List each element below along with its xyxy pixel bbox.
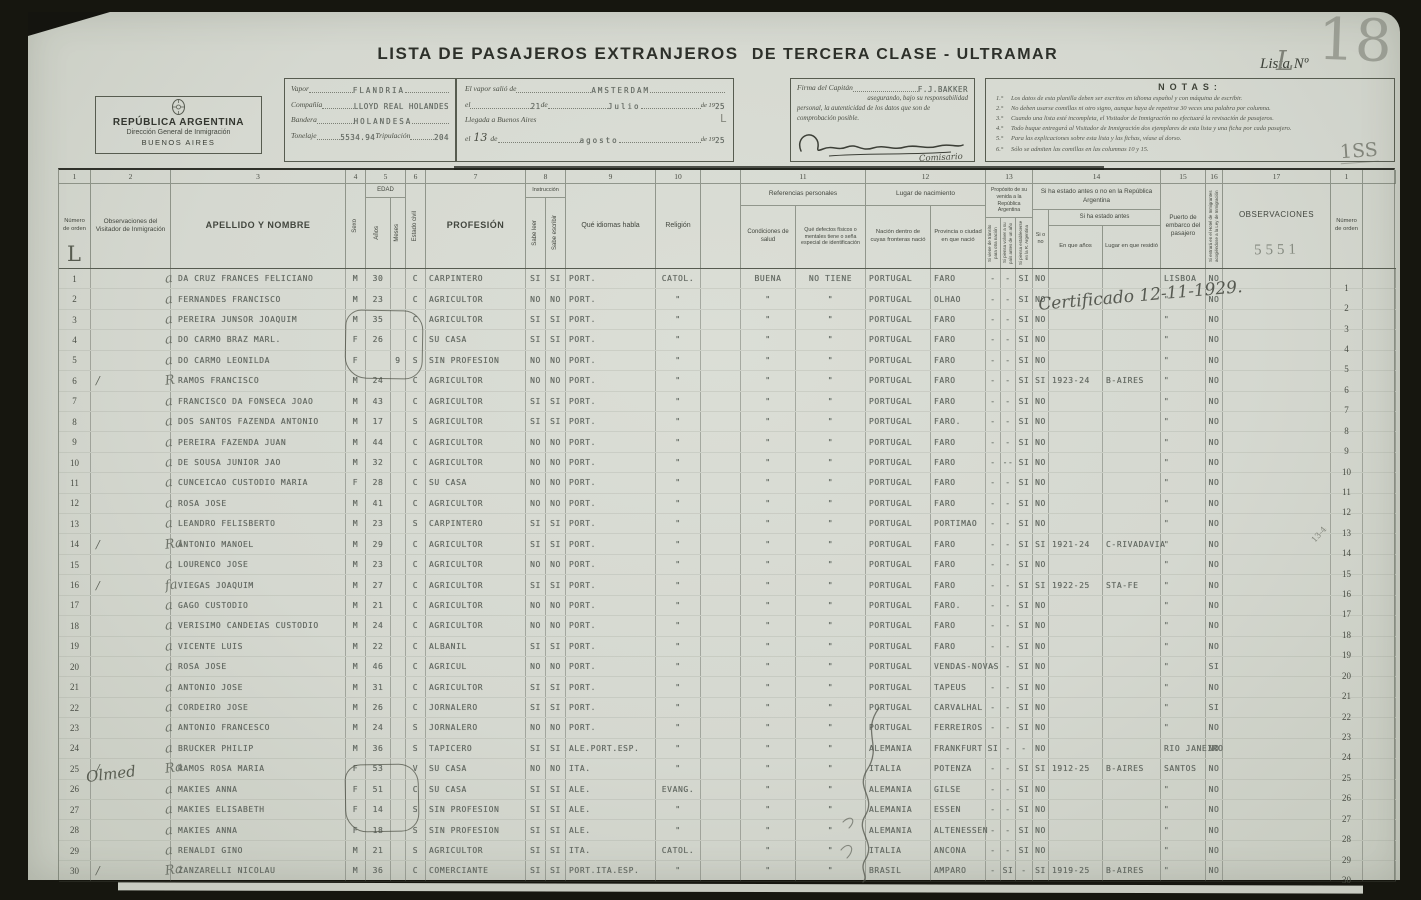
cell-value: 5 xyxy=(72,355,77,365)
handwritten-list-number: 18 xyxy=(1317,5,1393,76)
cell-value: 23 xyxy=(373,519,384,528)
stamped-number: 5551 xyxy=(1223,241,1331,260)
cell-value: NO xyxy=(550,723,561,732)
cell-pv: AMPARO xyxy=(931,861,986,880)
cell-an: 32 xyxy=(366,453,391,472)
column-number xyxy=(1363,170,1396,183)
cell-id: ALE. xyxy=(566,820,656,839)
cell-n: 12 xyxy=(59,494,91,513)
cell-value: - xyxy=(1005,785,1010,794)
cell-ob xyxy=(1223,677,1331,696)
cell-p3: SI xyxy=(1016,432,1033,451)
cell-an: 27 xyxy=(366,575,391,594)
cell-vm xyxy=(91,289,171,308)
cell-value: 19 xyxy=(70,641,79,651)
cell-ob xyxy=(1223,657,1331,676)
cell-vm: / xyxy=(91,534,171,553)
cell-value: S xyxy=(413,826,418,835)
cell-me xyxy=(391,289,406,308)
cell-id: PORT. xyxy=(566,494,656,513)
column-number: 9 xyxy=(566,170,656,183)
cell-value: SI xyxy=(550,417,561,426)
cell-value: SI xyxy=(530,417,541,426)
table-row: 28aMAKIES ANNAF18SSIN PROFESIONSISIALE."… xyxy=(59,820,1396,840)
cell-value: NO xyxy=(1035,499,1046,508)
passenger-name: LOURENCO JOSE xyxy=(178,560,248,569)
cell-value: FARO xyxy=(934,540,956,549)
cell-pr: AGRICULTOR xyxy=(426,555,526,574)
cell-value: PORTUGAL xyxy=(869,356,912,365)
cell-es: NO xyxy=(546,494,566,513)
vapor-value: FLANDRIA xyxy=(353,86,405,95)
cell-pr: SU CASA xyxy=(426,473,526,492)
cell-p2: - xyxy=(1001,310,1016,329)
cell-p2: - xyxy=(1001,555,1016,574)
cell-value: NO xyxy=(530,601,541,610)
cell-p1: - xyxy=(986,412,1001,431)
cell-value: 30 xyxy=(373,274,384,283)
cell-pr: AGRICULTOR xyxy=(426,392,526,411)
cell-lr xyxy=(1103,514,1161,533)
cell-pu: " xyxy=(1161,780,1206,799)
cell-value: SI xyxy=(1019,438,1030,447)
cell-b1 xyxy=(701,494,741,513)
cell-le: SI xyxy=(526,310,546,329)
cell-b2 xyxy=(1363,780,1396,799)
header-anos: Años xyxy=(366,198,391,268)
cell-name: RaANTONIO MANOEL xyxy=(171,534,346,553)
cell-name: aANTONIO FRANCESCO xyxy=(171,718,346,737)
tripulacion-label: Tripulación xyxy=(375,131,410,140)
cell-ec: C xyxy=(406,432,426,451)
cell-lr xyxy=(1103,820,1161,839)
cell-pv: FARO xyxy=(931,534,986,553)
cell-es: SI xyxy=(546,861,566,880)
cell-value: PORT. xyxy=(569,458,596,467)
cell-value: SI xyxy=(550,581,561,590)
header-estado-civil: Estado civil xyxy=(406,184,426,268)
cell-si: NO xyxy=(1033,820,1049,839)
cell-value: 1 xyxy=(72,274,77,284)
cell-value: PORTUGAL xyxy=(869,519,912,528)
cell-b1 xyxy=(701,637,741,656)
header-establecerse: Si piensa establecerse en la R. Argentin… xyxy=(1016,218,1033,268)
cell-id: PORT.ITA.ESP. xyxy=(566,861,656,880)
cell-ec: C xyxy=(406,392,426,411)
cell-ay xyxy=(1049,739,1103,758)
cell-n: 10 xyxy=(59,453,91,472)
cell-value: SI xyxy=(1019,826,1030,835)
cell-value: AMPARO xyxy=(934,866,967,875)
cell-pu: " xyxy=(1161,800,1206,819)
cell-ay xyxy=(1049,698,1103,717)
cell-value: - xyxy=(990,560,995,569)
cell-value: AGRICUL xyxy=(429,662,467,671)
cell-sx: M xyxy=(346,289,366,308)
cell-value: ALTENESSEN xyxy=(934,826,988,835)
cell-value: 26 xyxy=(70,784,79,794)
cell-ec: C xyxy=(406,453,426,472)
cell-value: " xyxy=(675,601,680,610)
cell-re: " xyxy=(656,759,701,778)
cell-na: PORTUGAL xyxy=(866,514,931,533)
cell-me xyxy=(391,861,406,880)
cell-value: PORTUGAL xyxy=(869,683,912,692)
cell-value: - xyxy=(990,519,995,528)
cell-value: - xyxy=(1005,274,1010,283)
cell-value: SI xyxy=(530,581,541,590)
cell-pv: FARO xyxy=(931,351,986,370)
cell-value: PORT. xyxy=(569,581,596,590)
cell-id: PORT. xyxy=(566,412,656,431)
cell-value: ESSEN xyxy=(934,805,961,814)
cell-p3: SI xyxy=(1016,698,1033,717)
note-number: 5.° xyxy=(996,134,1011,144)
cell-value: " xyxy=(765,519,770,528)
cell-p3: SI xyxy=(1016,800,1033,819)
cell-value: SI xyxy=(1003,866,1014,875)
cell-p1: - xyxy=(986,392,1001,411)
cell-b2 xyxy=(1363,453,1396,472)
cell-value: 20 xyxy=(1342,671,1351,681)
cell-le: NO xyxy=(526,555,546,574)
column-number: 15 xyxy=(1161,170,1206,183)
cell-value: EVANG. xyxy=(662,785,695,794)
table-row: 24aBRUCKER PHILIPM36STAPICEROSISIALE.POR… xyxy=(59,739,1396,759)
cell-value: NO xyxy=(530,560,541,569)
cell-value: " xyxy=(828,560,833,569)
cell-value: NO xyxy=(1035,274,1046,283)
cell-value: CARVALHAL xyxy=(934,703,983,712)
cell-pv: FARO xyxy=(931,637,986,656)
cell-n: 16 xyxy=(59,575,91,594)
cell-value: 36 xyxy=(373,866,384,875)
cell-pr: SIN PROFESION xyxy=(426,800,526,819)
cell-value: SU CASA xyxy=(429,764,467,773)
cell-value: - xyxy=(1005,438,1010,447)
cell-pr: JORNALERO xyxy=(426,718,526,737)
cell-me xyxy=(391,841,406,860)
cell-value: C xyxy=(413,683,418,692)
cell-p1: - xyxy=(986,759,1001,778)
handwritten-name-mark: a xyxy=(164,495,179,512)
cell-p3: - xyxy=(1016,739,1033,758)
cell-na: PORTUGAL xyxy=(866,637,931,656)
cell-lr: B-AIRES xyxy=(1103,861,1161,880)
cell-value: F xyxy=(353,478,358,487)
page-subtitle: DE TERCERA CLASE - ULTRAMAR xyxy=(740,46,1070,64)
cell-b1 xyxy=(701,473,741,492)
cell-value: NO xyxy=(1209,723,1220,732)
cell-de: " xyxy=(796,351,866,370)
cell-na: PORTUGAL xyxy=(866,371,931,390)
cell-ay xyxy=(1049,330,1103,349)
cell-sx: M xyxy=(346,861,366,880)
cell-vm xyxy=(91,351,171,370)
cell-value: NO xyxy=(1209,540,1220,549)
cell-value: PORT. xyxy=(569,601,596,610)
cell-p3: SI xyxy=(1016,718,1033,737)
cell-pv: ALTENESSEN xyxy=(931,820,986,839)
cell-name: aBRUCKER PHILIP xyxy=(171,739,346,758)
cell-name: aMAKIES ANNA xyxy=(171,820,346,839)
cell-c16: NO xyxy=(1206,310,1223,329)
cell-b2 xyxy=(1363,310,1396,329)
cell-value: PORTUGAL xyxy=(869,499,912,508)
cell-pr: CARPINTERO xyxy=(426,514,526,533)
cell-value: NO xyxy=(1035,744,1046,753)
cell-value: " xyxy=(1164,703,1169,712)
cell-value: " xyxy=(765,846,770,855)
cell-ay: 1923-24 xyxy=(1049,371,1103,390)
cell-value: PORT. xyxy=(569,540,596,549)
cell-id: PORT. xyxy=(566,657,656,676)
cell-ob xyxy=(1223,616,1331,635)
tonelaje-label: Tonelaje xyxy=(291,131,317,140)
passenger-name: ANTONIO JOSE xyxy=(178,683,243,692)
cell-value: 13 xyxy=(1342,528,1351,538)
cell-b1 xyxy=(701,780,741,799)
cell-value: - xyxy=(990,315,995,324)
cell-value: 1922-25 xyxy=(1052,581,1090,590)
cell-p3: SI xyxy=(1016,780,1033,799)
cell-value: SI xyxy=(1035,764,1046,773)
cell-ec: C xyxy=(406,698,426,717)
cell-b1 xyxy=(701,269,741,288)
note-text: Sólo se admiten las comillas en las colu… xyxy=(1011,145,1149,155)
cell-me xyxy=(391,392,406,411)
cell-me xyxy=(391,718,406,737)
cell-name: aDO CARMO LEONILDA xyxy=(171,351,346,370)
cell-b1 xyxy=(701,800,741,819)
table-row: 29aRENALDI GINOM21SAGRICULTORSISIITA.CAT… xyxy=(59,841,1396,861)
cell-de: " xyxy=(796,657,866,676)
cell-value: NO xyxy=(1209,438,1220,447)
cell-an: 23 xyxy=(366,514,391,533)
cell-pv: FRANKFURT xyxy=(931,739,986,758)
cell-b1 xyxy=(701,351,741,370)
cell-sa: " xyxy=(741,575,796,594)
cell-value: " xyxy=(1164,315,1169,324)
cell-ay xyxy=(1049,269,1103,288)
cell-p3: SI xyxy=(1016,555,1033,574)
cell-ay xyxy=(1049,555,1103,574)
cell-lr xyxy=(1103,800,1161,819)
cell-sa: " xyxy=(741,432,796,451)
cell-c16: NO xyxy=(1206,616,1223,635)
cell-n: 5 xyxy=(59,351,91,370)
cell-p3: SI xyxy=(1016,575,1033,594)
header-sabe-leer-label: Sabe leer xyxy=(532,220,540,246)
cell-value: " xyxy=(828,499,833,508)
cell-re: " xyxy=(656,432,701,451)
cell-lr xyxy=(1103,698,1161,717)
cell-na: PORTUGAL xyxy=(866,412,931,431)
passenger-name: PEREIRA FAZENDA JUAN xyxy=(178,438,286,447)
handwritten-name-mark: a xyxy=(164,720,179,737)
table-row: 26aMAKIES ANNAF51CSU CASASISIALE.EVANG."… xyxy=(59,780,1396,800)
cell-re: " xyxy=(656,330,701,349)
cell-vm xyxy=(91,820,171,839)
cell-re: " xyxy=(656,820,701,839)
cell-value: M xyxy=(353,499,358,508)
cell-value: SI xyxy=(1019,315,1030,324)
cell-value: 6 xyxy=(1344,385,1349,395)
cell-value: 28 xyxy=(1342,834,1351,844)
cell-value: " xyxy=(765,805,770,814)
cell-p1: - xyxy=(986,494,1001,513)
cell-pv: GILSE xyxy=(931,780,986,799)
cell-re: " xyxy=(656,371,701,390)
cell-value: NO xyxy=(530,764,541,773)
cell-value: FERREIROS xyxy=(934,723,983,732)
cell-ec: C xyxy=(406,596,426,615)
cell-value: 16 xyxy=(70,580,79,590)
cell-value: - xyxy=(990,356,995,365)
cell-value: 43 xyxy=(373,397,384,406)
sailed-port: AMSTERDAM xyxy=(591,86,650,95)
cell-re: " xyxy=(656,596,701,615)
cell-si: SI xyxy=(1033,759,1049,778)
cell-ob xyxy=(1223,780,1331,799)
cell-value: NO xyxy=(1035,785,1046,794)
pen-circle-ages-top xyxy=(344,309,423,379)
cell-b2 xyxy=(1363,534,1396,553)
cell-value: -- xyxy=(1003,458,1014,467)
cell-pv: FARO xyxy=(931,310,986,329)
cell-name: aMAKIES ELISABETH xyxy=(171,800,346,819)
cell-value: PORTUGAL xyxy=(869,315,912,324)
cell-ob xyxy=(1223,330,1331,349)
cell-re: " xyxy=(656,718,701,737)
cell-value: SI xyxy=(1019,458,1030,467)
cell-re: EVANG. xyxy=(656,780,701,799)
cell-value: 17 xyxy=(70,600,79,610)
cell-p3: SI xyxy=(1016,494,1033,513)
cell-ay: 1919-25 xyxy=(1049,861,1103,880)
cell-value: 2 xyxy=(1344,303,1349,313)
cell-id: PORT. xyxy=(566,330,656,349)
cell-c16: NO xyxy=(1206,494,1223,513)
cell-value: PORT. xyxy=(569,335,596,344)
cell-sx: M xyxy=(346,637,366,656)
cell-value: NO xyxy=(530,295,541,304)
cell-value: SI xyxy=(1019,723,1030,732)
cell-n: 15 xyxy=(59,555,91,574)
cell-ec: C xyxy=(406,575,426,594)
scanned-passenger-list: { "page": { "title_left": "LISTA DE PASA… xyxy=(0,0,1421,900)
cell-value: 26 xyxy=(1342,793,1351,803)
cell-value: " xyxy=(765,581,770,590)
cell-id: PORT. xyxy=(566,616,656,635)
passenger-name: DO CARMO LEONILDA xyxy=(178,356,270,365)
passenger-name: GAGO CUSTODIO xyxy=(178,601,248,610)
cell-pu: " xyxy=(1161,534,1206,553)
cell-b2 xyxy=(1363,657,1396,676)
vapor-label: Vapor xyxy=(291,84,309,93)
cell-b2 xyxy=(1363,289,1396,308)
cell-sx: M xyxy=(346,698,366,717)
cell-value: NO xyxy=(1035,662,1046,671)
cell-value: SANTOS xyxy=(1164,764,1197,773)
header-hotel-label: Si entrará en el Hotel de Inmigrantes ac… xyxy=(1208,186,1220,266)
cell-es: SI xyxy=(546,780,566,799)
cell-name: aGAGO CUSTODIO xyxy=(171,596,346,615)
cell-name: aRENALDI GINO xyxy=(171,841,346,860)
cell-value: " xyxy=(828,621,833,630)
cell-ec: C xyxy=(406,637,426,656)
cell-value: SI xyxy=(1019,356,1030,365)
cell-p2: - xyxy=(1001,677,1016,696)
cell-ay xyxy=(1049,432,1103,451)
header-meses: Meses xyxy=(391,198,406,268)
cell-ay xyxy=(1049,780,1103,799)
cell-value: C xyxy=(413,601,418,610)
cell-ay xyxy=(1049,514,1103,533)
cell-na: PORTUGAL xyxy=(866,596,931,615)
column-number-row: 12345678910111213141516171 xyxy=(59,170,1396,184)
cell-value: " xyxy=(765,397,770,406)
cell-c16: NO xyxy=(1206,677,1223,696)
dotted-rule xyxy=(853,83,918,92)
cell-p1: - xyxy=(986,861,1001,880)
cell-value: AGRICULTOR xyxy=(429,417,483,426)
cell-value: C xyxy=(413,540,418,549)
cell-an: 31 xyxy=(366,677,391,696)
cell-value: - xyxy=(990,295,995,304)
cell-c16: NO xyxy=(1206,820,1223,839)
cell-sa: " xyxy=(741,759,796,778)
cell-b1 xyxy=(701,371,741,390)
cell-value: SI xyxy=(1019,417,1030,426)
cell-le: SI xyxy=(526,780,546,799)
cell-c16: SI xyxy=(1206,657,1223,676)
cell-value: NO xyxy=(1209,581,1220,590)
cell-an: 24 xyxy=(366,616,391,635)
cell-value: SI xyxy=(550,274,561,283)
cell-b2 xyxy=(1363,555,1396,574)
cell-value: NO xyxy=(1035,805,1046,814)
cell-value: - xyxy=(1005,764,1010,773)
cell-me xyxy=(391,494,406,513)
cell-value: PORTUGAL xyxy=(869,478,912,487)
cell-sx: M xyxy=(346,494,366,513)
cell-value: " xyxy=(828,356,833,365)
cell-pv: FARO xyxy=(931,473,986,492)
cell-value: " xyxy=(1164,499,1169,508)
column-number: 10 xyxy=(656,170,701,183)
cell-value: PORTIMAO xyxy=(934,519,977,528)
handwritten-name-mark: a xyxy=(164,740,179,757)
cell-sa: " xyxy=(741,739,796,758)
note-number: 3.° xyxy=(996,114,1011,124)
cell-name: aMAKIES ANNA xyxy=(171,780,346,799)
header-condiciones: Condiciones de salud xyxy=(741,206,796,268)
cell-vm xyxy=(91,698,171,717)
cell-value: " xyxy=(1164,560,1169,569)
table-row: 11aCUNCEICAO CUSTODIO MARIAF28CSU CASANO… xyxy=(59,473,1396,493)
cell-lr xyxy=(1103,432,1161,451)
cell-value: SI xyxy=(530,846,541,855)
dotted-rule xyxy=(317,131,341,140)
cell-lr xyxy=(1103,412,1161,431)
cell-es: SI xyxy=(546,330,566,349)
sailed-month: Julio xyxy=(608,102,641,111)
cell-sx: M xyxy=(346,412,366,431)
cell-pr: ALBANIL xyxy=(426,637,526,656)
cell-b2 xyxy=(1363,677,1396,696)
cell-value: 25 xyxy=(70,764,79,774)
